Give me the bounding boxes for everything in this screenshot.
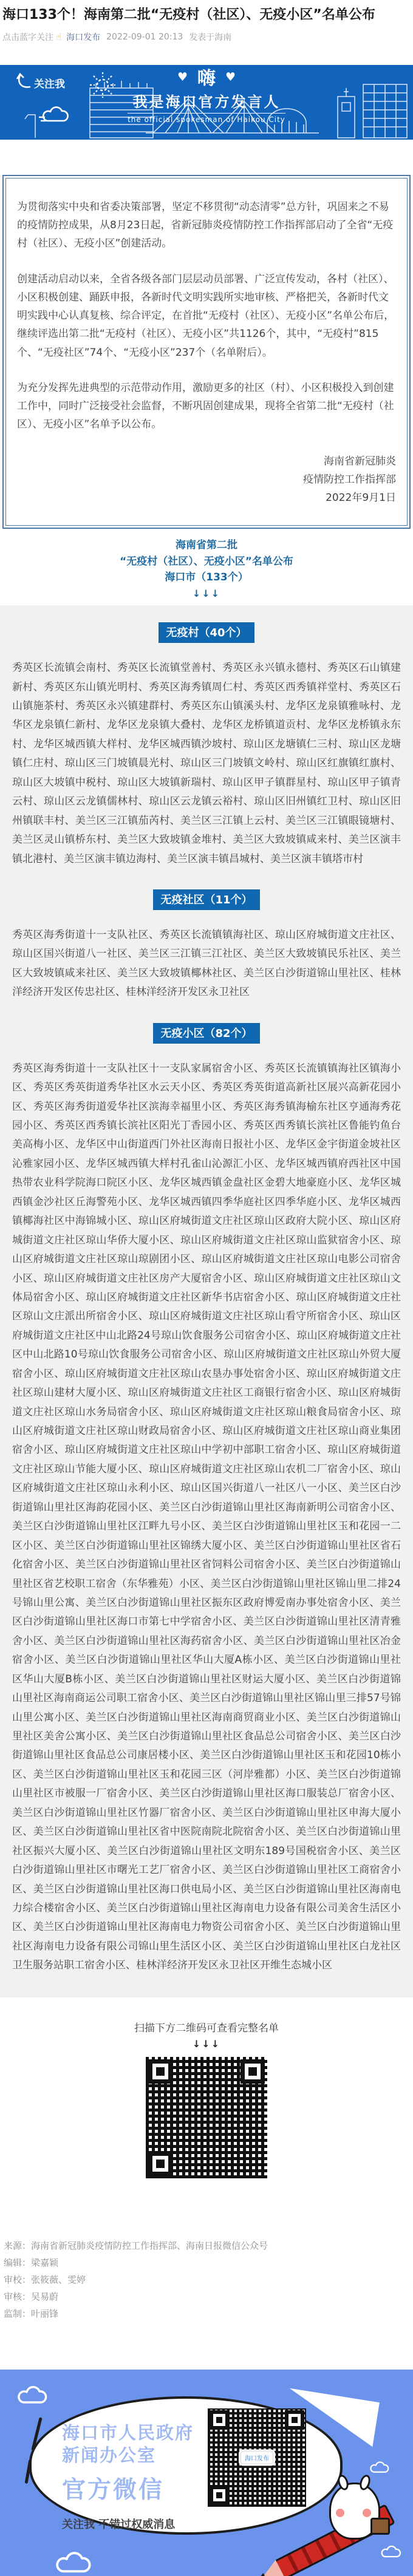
down-arrows-icon: ↓↓↓ xyxy=(0,2038,413,2050)
article-page: 海口133个！海南第二批“无疫村（社区）、无疫小区”名单公布 点击蓝字关注 ☝ … xyxy=(0,0,413,2576)
list-header: 海南省第二批 “无疫村（社区）、无疫小区”名单公布 海口市（133个） ↓↓↓ xyxy=(0,537,413,602)
name-list-section: 无疫村（40个） 秀英区长流镇会南村、秀英区长流镇堂善村、秀英区永兴镇永德村、秀… xyxy=(0,605,413,1997)
notice-paragraph: 创建活动启动以来，全省各级各部门层层动员部署、广泛宣传发动，各村（社区）、小区积… xyxy=(17,270,396,362)
signature-line: 海南省新冠肺炎 xyxy=(17,452,396,471)
section-label-villages: 无疫村（40个） xyxy=(159,622,254,643)
pointing-hand-icon: ☝ xyxy=(56,32,61,42)
list-header-line: “无疫村（社区）、无疫小区”名单公布 xyxy=(0,554,413,569)
footer-org-line1: 海口市人民政府 xyxy=(62,2422,194,2445)
proofreader-line: 审校：张筱薇、雯婷 xyxy=(4,2273,413,2286)
qr-logo-chip: 海口发布 xyxy=(241,2451,273,2464)
mascot xyxy=(276,2478,397,2575)
publish-date: 2022-09-01 20:13 xyxy=(106,32,183,42)
footer-org-line2: 新闻办公室 xyxy=(62,2444,194,2467)
reviewer-line: 审核：吴易蔚 xyxy=(4,2290,413,2303)
cloud-icon xyxy=(368,2459,392,2478)
header-banner: 关注我 ♥嗨♥ 我是海口官方发言 xyxy=(0,65,413,140)
page-title: 海口133个！海南第二批“无疫村（社区）、无疫小区”名单公布 xyxy=(2,6,409,25)
credits: 来源：海南省新冠肺炎疫情防控工作指挥部、海南日报微信公众号 编辑：梁嘉颖 审校：… xyxy=(4,2239,413,2320)
compound-list: 秀英区海秀街道十一支队社区十一支队家属宿舍小区、秀英区长流镇镇海社区镇海小区、秀… xyxy=(12,1059,401,1976)
footer-banner: 海口市人民政府 新闻办公室 官方微信 关注我 不错过权威消息 海口发布 xyxy=(0,2370,413,2576)
producer-line: 监制：叶丽锋 xyxy=(4,2307,413,2320)
footer-follow-tip: 关注我 不错过权威消息 xyxy=(62,2516,194,2532)
village-list: 秀英区长流镇会南村、秀英区长流镇堂善村、秀英区永兴镇永德村、秀英区石山镇建新村、… xyxy=(12,659,401,869)
footer-text-block: 海口市人民政府 新闻办公室 官方微信 关注我 不错过权威消息 xyxy=(62,2422,194,2532)
city-skyline-art xyxy=(0,65,413,140)
qr-code xyxy=(146,2057,267,2178)
signature-line: 疫情防控工作指挥部 xyxy=(17,471,396,489)
section-label-communities: 无疫社区（11个） xyxy=(153,889,259,910)
source-line: 来源：海南省新冠肺炎疫情防控工作指挥部、海南日报微信公众号 xyxy=(4,2239,413,2252)
list-header-line: 海南省第二批 xyxy=(0,537,413,553)
account-link[interactable]: 海口发布 xyxy=(66,31,100,43)
notice-paragraph: 为充分发挥先进典型的示范带动作用，激励更多的社区（村）、小区积极投入到创建工作中… xyxy=(17,379,396,434)
section-label-compounds: 无疫小区（82个） xyxy=(153,1023,259,1044)
community-list: 秀英区海秀街道十一支队社区、秀英区长流镇镇海社区、琼山区府城街道文庄社区、琼山区… xyxy=(12,926,401,1002)
editor-line: 编辑：梁嘉颖 xyxy=(4,2256,413,2269)
list-header-line: 海口市（133个） xyxy=(0,569,413,585)
cloud-icon xyxy=(52,2548,97,2576)
byline: 点击蓝字关注 ☝ 海口发布 2022-09-01 20:13 发表于海南 xyxy=(2,31,411,43)
notice-paragraph: 为贯彻落实中央和省委决策部署，坚定不移贯彻“动态清零”总方针，巩固来之不易的疫情… xyxy=(17,198,396,253)
cloud-icon xyxy=(15,2383,52,2410)
scan-hint: 扫描下方二维码可查看完整名单 xyxy=(0,2019,413,2034)
notice-box: 为贯彻落实中央和省委决策部署，坚定不移贯彻“动态清零”总方针，巩固来之不易的疫情… xyxy=(2,175,411,529)
footer-wechat-title: 官方微信 xyxy=(62,2471,194,2505)
signature-date: 2022年9月1日 xyxy=(17,489,396,507)
down-arrows-icon: ↓↓↓ xyxy=(0,586,413,602)
mascot-satchel xyxy=(370,2518,390,2535)
follow-hint: 点击蓝字关注 xyxy=(2,31,53,43)
publish-location: 发表于海南 xyxy=(189,31,231,43)
